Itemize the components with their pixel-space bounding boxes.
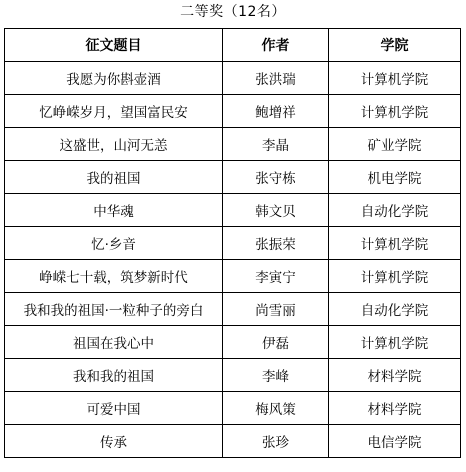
header-author: 作者 <box>223 29 329 62</box>
cell-author: 鲍增祥 <box>223 95 329 128</box>
cell-college: 自动化学院 <box>329 293 461 326</box>
cell-title: 我愿为你斟壶酒 <box>5 62 223 95</box>
cell-author: 韩文贝 <box>223 194 329 227</box>
table-row: 我愿为你斟壶酒 张洪瑞 计算机学院 <box>5 62 461 95</box>
cell-title: 峥嵘七十载，筑梦新时代 <box>5 260 223 293</box>
cell-college: 自动化学院 <box>329 194 461 227</box>
table-row: 忆·乡音 张振荣 计算机学院 <box>5 227 461 260</box>
table-row: 我的祖国 张守栋 机电学院 <box>5 161 461 194</box>
cell-title: 我和我的祖国·一粒种子的旁白 <box>5 293 223 326</box>
cell-author: 梅风策 <box>223 392 329 425</box>
cell-college: 计算机学院 <box>329 62 461 95</box>
cell-author: 李寅宁 <box>223 260 329 293</box>
cell-author: 张珍 <box>223 425 329 458</box>
table-row: 峥嵘七十载，筑梦新时代 李寅宁 计算机学院 <box>5 260 461 293</box>
cell-author: 李峰 <box>223 359 329 392</box>
table-row: 中华魂 韩文贝 自动化学院 <box>5 194 461 227</box>
table-row: 我和我的祖国 李峰 材料学院 <box>5 359 461 392</box>
cell-college: 机电学院 <box>329 161 461 194</box>
cell-college: 材料学院 <box>329 392 461 425</box>
table-row: 这盛世，山河无恙 李晶 矿业学院 <box>5 128 461 161</box>
cell-title: 我的祖国 <box>5 161 223 194</box>
table-header-row: 征文题目 作者 学院 <box>5 29 461 62</box>
cell-author: 张振荣 <box>223 227 329 260</box>
cell-college: 计算机学院 <box>329 260 461 293</box>
header-college: 学院 <box>329 29 461 62</box>
cell-college: 矿业学院 <box>329 128 461 161</box>
cell-title: 忆·乡音 <box>5 227 223 260</box>
cell-author: 张洪瑞 <box>223 62 329 95</box>
table-row: 忆峥嵘岁月，望国富民安 鲍增祥 计算机学院 <box>5 95 461 128</box>
cell-author: 张守栋 <box>223 161 329 194</box>
cell-college: 材料学院 <box>329 359 461 392</box>
cell-title: 祖国在我心中 <box>5 326 223 359</box>
cell-college: 电信学院 <box>329 425 461 458</box>
table-row: 传承 张珍 电信学院 <box>5 425 461 458</box>
header-title: 征文题目 <box>5 29 223 62</box>
table-row: 祖国在我心中 伊磊 计算机学院 <box>5 326 461 359</box>
cell-college: 计算机学院 <box>329 95 461 128</box>
cell-author: 李晶 <box>223 128 329 161</box>
cell-title: 传承 <box>5 425 223 458</box>
table-row: 可爱中国 梅风策 材料学院 <box>5 392 461 425</box>
cell-title: 忆峥嵘岁月，望国富民安 <box>5 95 223 128</box>
award-caption: 二等奖（12名） <box>0 3 466 21</box>
cell-college: 计算机学院 <box>329 227 461 260</box>
cell-college: 计算机学院 <box>329 326 461 359</box>
cell-author: 伊磊 <box>223 326 329 359</box>
award-table: 征文题目 作者 学院 我愿为你斟壶酒 张洪瑞 计算机学院 忆峥嵘岁月，望国富民安… <box>4 28 461 458</box>
cell-title: 中华魂 <box>5 194 223 227</box>
table-row: 我和我的祖国·一粒种子的旁白 尚雪丽 自动化学院 <box>5 293 461 326</box>
cell-author: 尚雪丽 <box>223 293 329 326</box>
cell-title: 这盛世，山河无恙 <box>5 128 223 161</box>
cell-title: 可爱中国 <box>5 392 223 425</box>
cell-title: 我和我的祖国 <box>5 359 223 392</box>
